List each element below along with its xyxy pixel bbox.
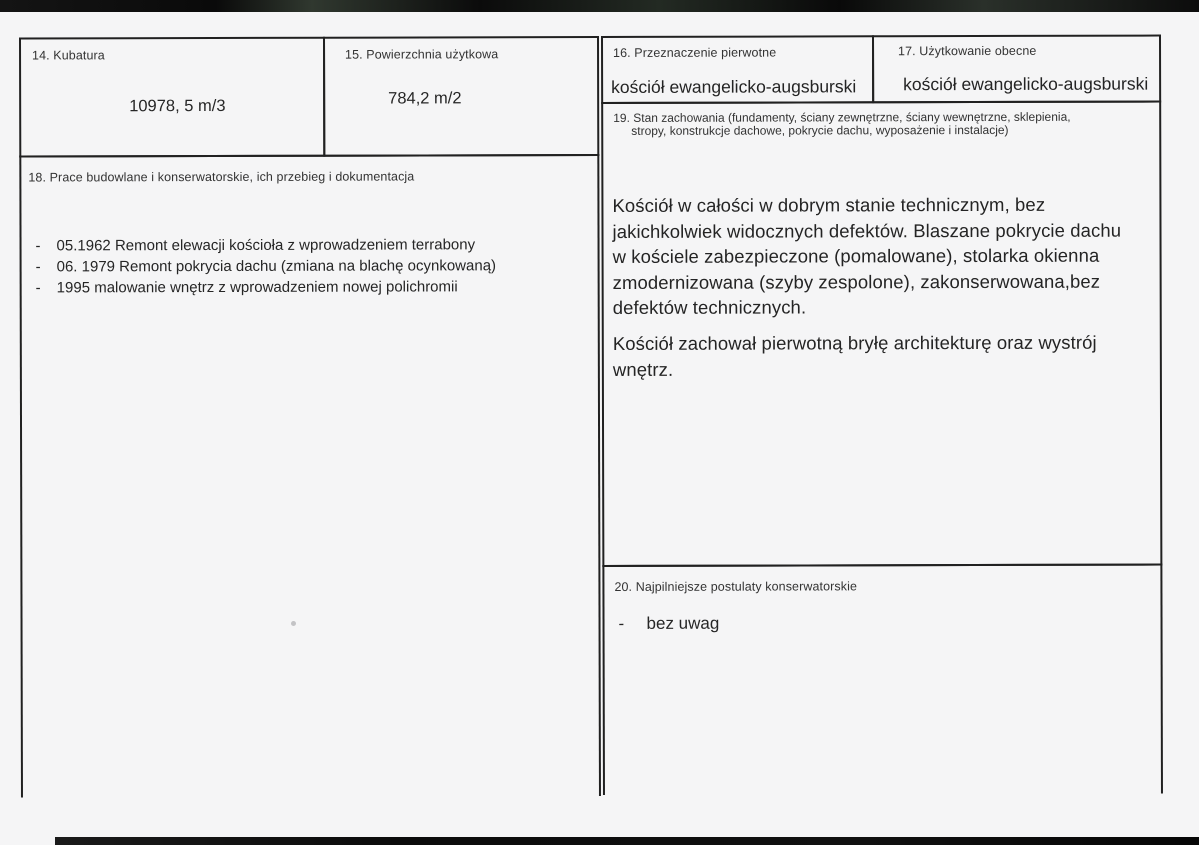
dash-bullet: - (36, 256, 57, 277)
field-20-label: 20. Najpilniejsze postulaty konserwators… (614, 579, 857, 594)
field-18-list: - 05.1962 Remont elewacji kościoła z wpr… (36, 234, 497, 298)
field-16-value: kościół ewangelicko-augsburski (611, 76, 856, 98)
field-19-paragraph-2: Kościół zachował pierwotną bryłę archite… (613, 330, 1097, 382)
dash-bullet: - (36, 277, 57, 298)
field-14-value: 10978, 5 m/3 (129, 97, 225, 116)
list-item: - 1995 malowanie wnętrz z wprowadzeniem … (36, 276, 496, 298)
field-17-label: 17. Użytkowanie obecne (898, 44, 1036, 58)
field-15-value: 784,2 m/2 (388, 89, 461, 108)
field-15-label: 15. Powierzchnia użytkowa (345, 47, 498, 61)
form-content: 14. Kubatura 10978, 5 m/3 15. Powierzchn… (0, 0, 1199, 845)
list-item: - 05.1962 Remont elewacji kościoła z wpr… (36, 234, 496, 256)
list-item-text: 06. 1979 Remont pokrycia dachu (zmiana n… (57, 255, 496, 277)
field-16-label: 16. Przeznaczenie pierwotne (613, 46, 776, 60)
list-item: - 06. 1979 Remont pokrycia dachu (zmiana… (36, 255, 496, 277)
field-19-label-line2: stropy, konstrukcje dachowe, pokrycie da… (631, 123, 1008, 138)
field-20-cell (602, 564, 1163, 795)
text-line: zmodernizowana (szyby zespolone), zakons… (613, 268, 1122, 295)
text-line: w kościele zabezpieczone (pomalowane), s… (613, 243, 1122, 270)
text-line: defektów technicznych. (613, 294, 1122, 321)
text-line: Kościół w całości w dobrym stanie techni… (612, 192, 1121, 219)
field-14-label: 14. Kubatura (32, 48, 105, 62)
field-20-item: - bez uwag (619, 614, 720, 634)
field-18-label: 18. Prace budowlane i konserwatorskie, i… (28, 169, 414, 184)
dash-bullet: - (36, 235, 57, 256)
list-item-text: 1995 malowanie wnętrz z wprowadzeniem no… (57, 276, 458, 298)
list-item-text: bez uwag (647, 614, 720, 634)
field-19-paragraph-1: Kościół w całości w dobrym stanie techni… (612, 192, 1121, 321)
field-17-value: kościół ewangelicko-augsburski (903, 74, 1148, 96)
text-line: Kościół zachował pierwotną bryłę archite… (613, 330, 1097, 357)
scanned-form-page: 14. Kubatura 10978, 5 m/3 15. Powierzchn… (0, 0, 1199, 845)
text-line: jakichkolwiek widocznych defektów. Blasz… (612, 217, 1121, 244)
text-line: wnętrz. (613, 355, 1097, 382)
dash-bullet: - (619, 614, 647, 634)
list-item-text: 05.1962 Remont elewacji kościoła z wprow… (57, 234, 476, 256)
